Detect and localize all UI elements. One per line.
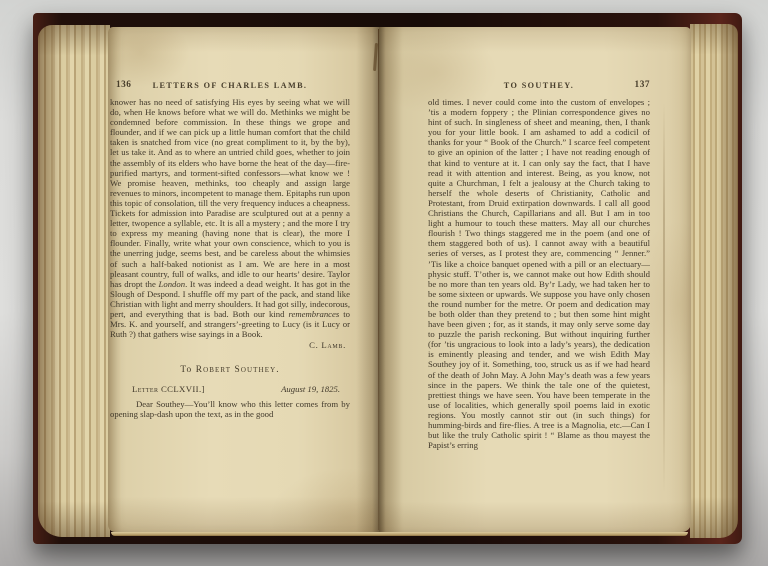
right-body-paragraph: old times. I never could come into the c…: [428, 97, 650, 450]
book-cover: 136 LETTERS OF CHARLES LAMB. knower has …: [33, 13, 742, 544]
letter-heading: To Robert Southey.: [110, 365, 350, 375]
right-page: TO SOUTHEY. 137 old times. I never could…: [379, 27, 691, 532]
left-page: 136 LETTERS OF CHARLES LAMB. knower has …: [108, 27, 379, 532]
book-photograph: 136 LETTERS OF CHARLES LAMB. knower has …: [0, 0, 768, 566]
letter-heading-name: Robert Southey.: [196, 365, 280, 375]
letter-opening-paragraph: Dear Southey—You’ll know who this letter…: [110, 399, 350, 419]
book-gutter-line: [378, 29, 379, 530]
right-running-header: TO SOUTHEY.: [428, 81, 650, 90]
bottom-page-edges: [111, 532, 688, 536]
left-page-edge-fan: [38, 25, 110, 537]
left-text-column: knower has no need of satisfying His eye…: [110, 97, 350, 419]
left-page-number: 136: [116, 80, 131, 90]
right-fore-edge-stack: [690, 24, 738, 538]
letter-date: August 19, 1825.: [281, 384, 340, 394]
left-running-header: LETTERS OF CHARLES LAMB.: [110, 81, 350, 90]
letter-signature: C. Lamb.: [110, 340, 350, 350]
letter-heading-prefix: To: [180, 365, 195, 375]
left-body-paragraph: knower has no need of satisfying His eye…: [110, 97, 350, 339]
left-page-header: 136 LETTERS OF CHARLES LAMB.: [110, 81, 350, 90]
right-page-header: TO SOUTHEY. 137: [428, 81, 650, 90]
right-text-column: old times. I never could come into the c…: [428, 97, 650, 450]
right-page-number: 137: [635, 80, 650, 90]
right-page-crease: [663, 103, 665, 493]
letter-meta-row: Letter CCLXVII.] August 19, 1825.: [110, 384, 350, 394]
letter-number: Letter CCLXVII.]: [132, 384, 205, 394]
